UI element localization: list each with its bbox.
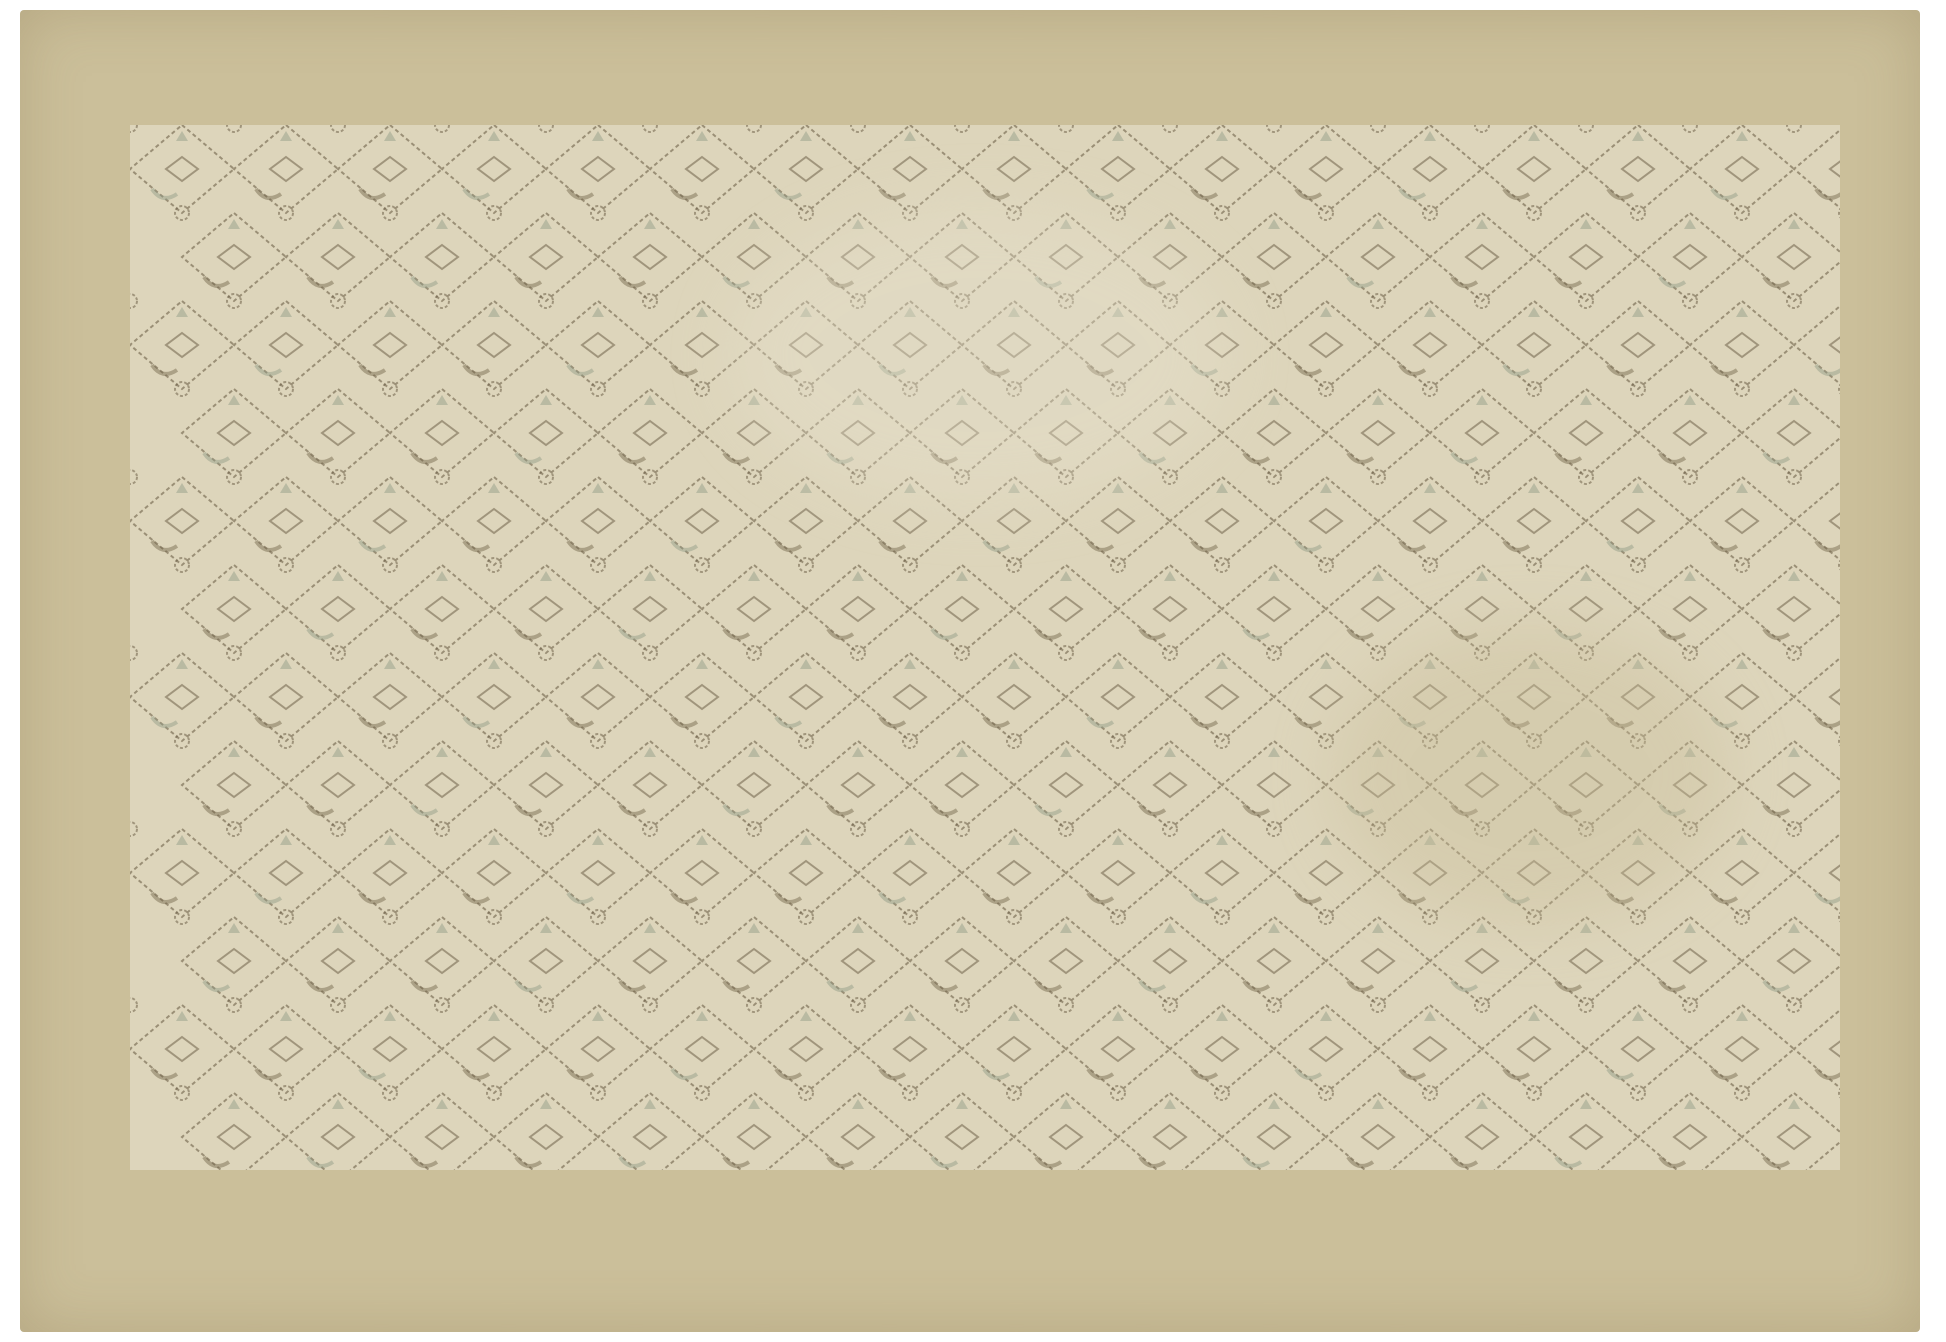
rug-field — [130, 125, 1840, 1170]
wear-patch — [1330, 625, 1730, 925]
wear-patch — [730, 205, 1230, 505]
rug — [20, 10, 1920, 1332]
